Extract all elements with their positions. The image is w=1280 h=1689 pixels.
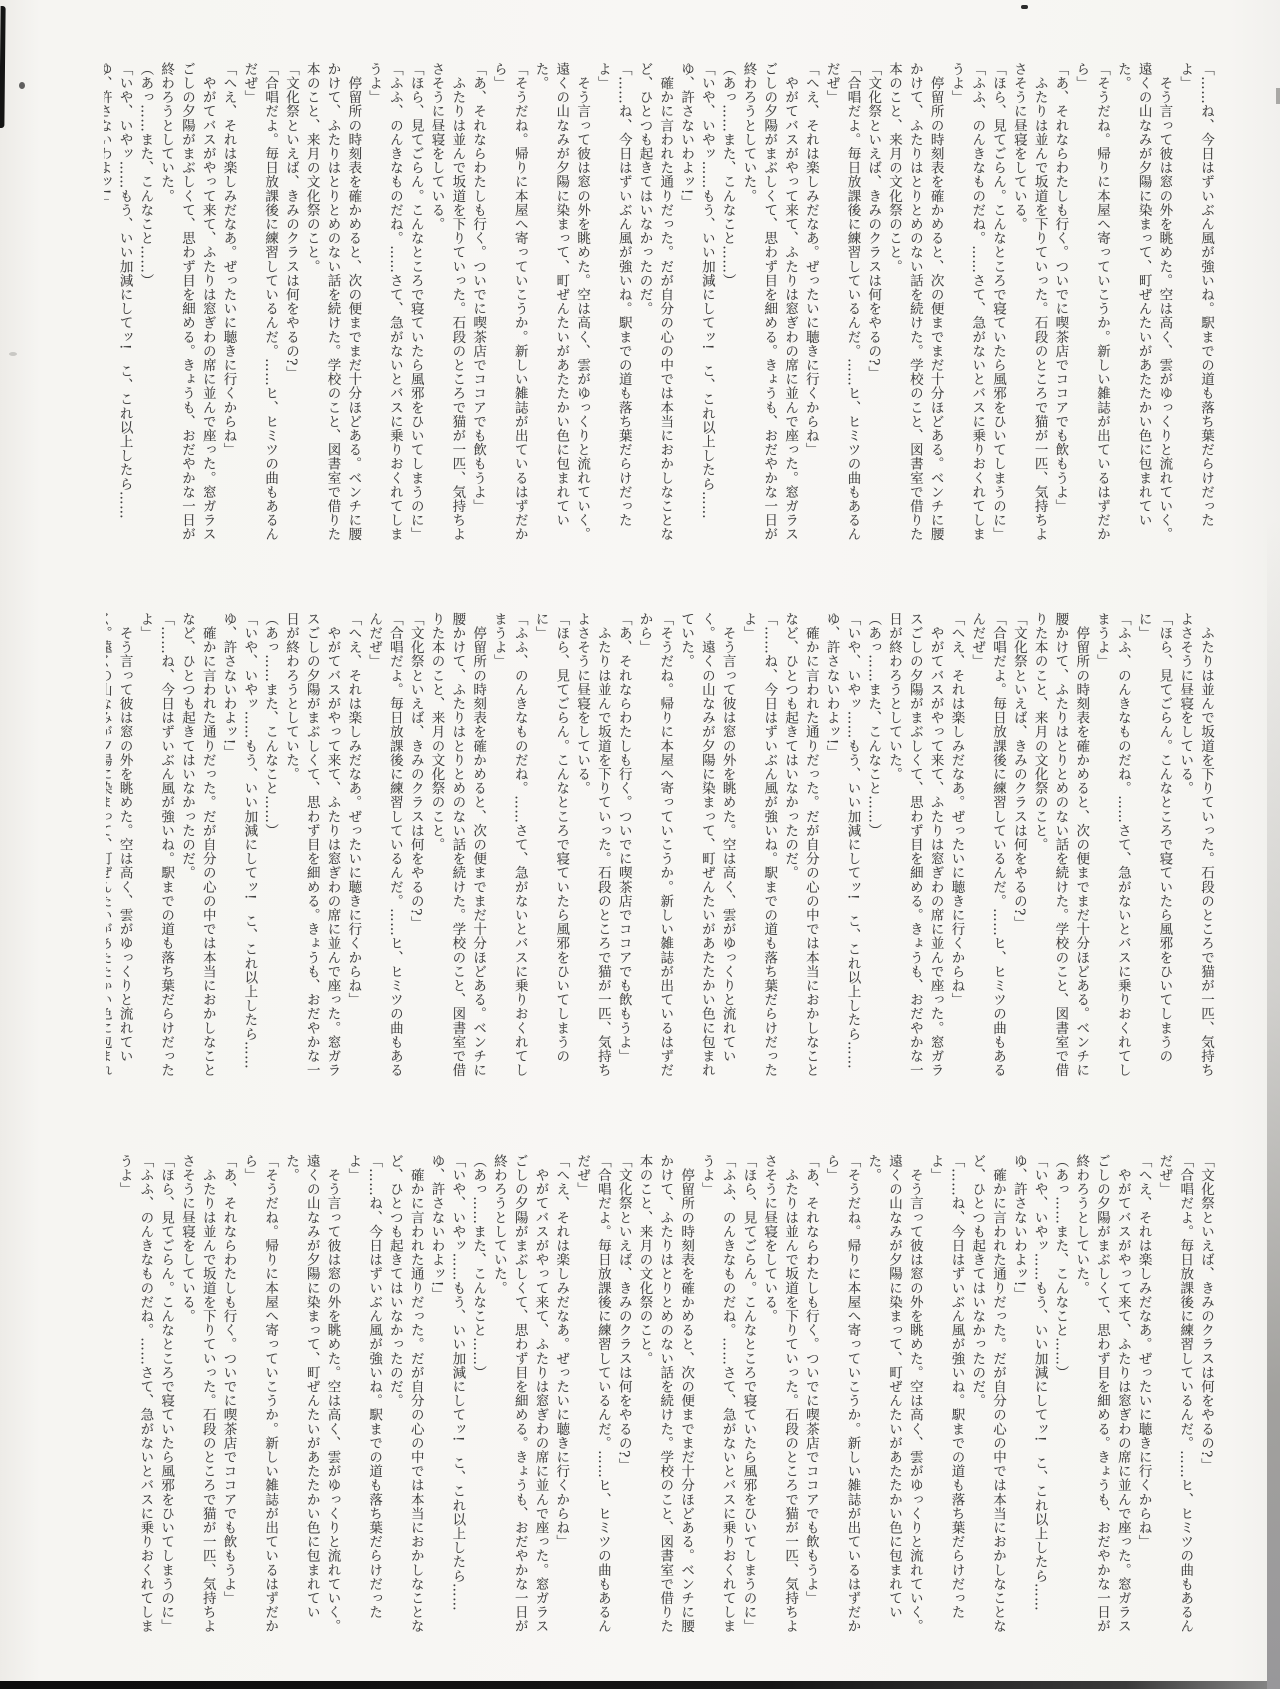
scan-right-edge-shadow (1267, 520, 1280, 1689)
scan-edge-notch (1276, 88, 1280, 104)
vertical-text-band-middle: ふたりは並んで坂道を下りていった。石段のところで猫が一匹、気持ちよさそうに昼寝を… (106, 612, 1216, 1090)
scan-speck-icon (19, 82, 25, 89)
scan-edge-mark-icon (0, 6, 6, 128)
scan-bottom-edge (0, 1681, 1280, 1689)
vertical-text-band-bottom: 「文化祭といえば、きみのクラスは何をやるの?」 「合唱だよ。毎日放課後に練習して… (116, 1154, 1216, 1634)
vertical-text-band-top: 「……ね、今日はずいぶん風が強いね。駅までの道も落ち葉だらけだったよ」 そう言っ… (104, 62, 1216, 546)
scanned-page: 「……ね、今日はずいぶん風が強いね。駅までの道も落ち葉だらけだったよ」 そう言っ… (0, 0, 1280, 1689)
scan-speck-icon (1021, 5, 1028, 9)
scan-speck-icon (9, 352, 17, 356)
